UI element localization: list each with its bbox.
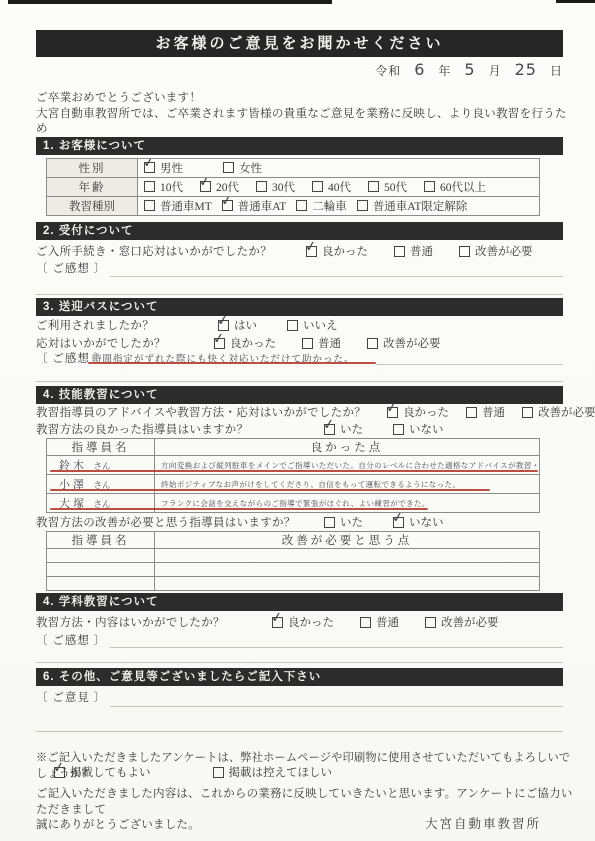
section-title-academic: 4. 学科教習について xyxy=(36,593,563,611)
date-month-handwritten: 5 xyxy=(464,60,475,79)
question-text: 応対はいかがでしたか？ xyxy=(36,335,188,351)
row-label-age: 年齢 xyxy=(47,178,138,197)
checkbox-label: 普通車AT xyxy=(238,198,287,214)
checkbox-label: いいえ xyxy=(303,317,338,333)
writing-line xyxy=(110,706,563,707)
checkbox-option-no: いいえ xyxy=(287,317,338,333)
checkbox-icon xyxy=(272,617,283,628)
checkbox-option-yes-there-was: いた xyxy=(324,514,363,530)
academic-question-row: 教習方法・内容はいかがでしたか？ 良かった 普通 改善が必要 xyxy=(36,614,576,630)
checkbox-option-no-there-was-not: いない xyxy=(393,514,444,530)
scanned-questionnaire-page: お客様のご意見をお聞かせください 令和 6 年 5 月 25 日 ご卒業おめでと… xyxy=(0,0,595,841)
section-title-customer: 1. お客様について xyxy=(36,137,563,155)
comment-label: 〔 ご感想 〕 xyxy=(36,632,106,648)
checkbox-icon xyxy=(256,181,267,192)
question-text: ご入所手続き・窓口応対はいかがでしたか？ xyxy=(36,243,272,259)
red-underline xyxy=(50,470,538,472)
skill-quality-question-row: 教習指導員のアドバイスや教習方法・応対はいかがでしたか？ 良かった 普通 改善が… xyxy=(36,404,576,420)
table-row-gender: 性別 男性 女性 xyxy=(47,159,540,178)
checkbox-label: はい xyxy=(234,317,257,333)
checkbox-label: 掲載は控えてほしい xyxy=(229,764,333,780)
good-instructor-table: 指導員名 良かった点 鈴木 さん 方向変換および縦列駐車をメインでご指導いただい… xyxy=(46,438,540,513)
skill-good-instructor-question-row: 教習方法の良かった指導員はいますか？ いた いない xyxy=(36,421,576,437)
checkbox-option-age50s: 50代 xyxy=(368,179,407,195)
checkbox-label: 改善が必要 xyxy=(441,614,499,630)
writing-line xyxy=(36,381,563,382)
column-header-improvement-points: 改善が必要と思う点 xyxy=(155,532,540,549)
checkbox-label: いた xyxy=(340,514,363,530)
checkbox-icon xyxy=(214,338,225,349)
checkbox-option-needs-improvement: 改善が必要 xyxy=(522,404,595,420)
table-header-row: 指導員名 改善が必要と思う点 xyxy=(47,532,540,549)
checkbox-label: 10代 xyxy=(160,179,183,195)
checkbox-icon xyxy=(54,767,65,778)
school-signature: 大宮自動車教習所 xyxy=(36,814,563,832)
checkbox-label: 改善が必要 xyxy=(383,335,441,351)
column-header-good-points: 良かった点 xyxy=(155,439,540,456)
reception-question-row: ご入所手続き・窓口応対はいかがでしたか？ 良かった 普通 改善が必要 xyxy=(36,243,576,259)
checkbox-option-no-there-was-not: いない xyxy=(393,421,444,437)
checkbox-option-good: 良かった xyxy=(387,404,449,420)
checkbox-label: いた xyxy=(340,421,363,437)
comment-label: 〔 ご感想 〕 xyxy=(36,260,106,276)
checkbox-label: 普通車MT xyxy=(160,198,212,214)
checkbox-label: 50代 xyxy=(384,179,407,195)
checkbox-label: 良かった xyxy=(230,335,276,351)
checkbox-icon xyxy=(368,181,379,192)
checkbox-label: 30代 xyxy=(272,179,295,195)
checkbox-icon xyxy=(387,407,398,418)
checkbox-icon xyxy=(324,517,335,528)
checkbox-icon xyxy=(312,181,323,192)
checkbox-option-age40s: 40代 xyxy=(312,179,351,195)
checkbox-label: 普通 xyxy=(318,335,341,351)
checkbox-label: 普通 xyxy=(410,243,433,259)
checkbox-option-needs-improvement: 改善が必要 xyxy=(459,243,533,259)
column-header-instructor-name: 指導員名 xyxy=(47,532,155,549)
date-year-handwritten: 6 xyxy=(414,60,425,79)
row-label-gender: 性別 xyxy=(47,159,138,178)
scan-edge-artifact xyxy=(8,0,332,4)
checkbox-label: 20代 xyxy=(216,179,239,195)
table-row-age: 年齢 10代 20代 30代 40代 50代 60代以上 xyxy=(47,178,540,197)
checkbox-label: 普通車AT限定解除 xyxy=(373,198,468,214)
improve-instructor-table: 指導員名 改善が必要と思う点 xyxy=(46,531,540,591)
column-header-instructor-name: 指導員名 xyxy=(47,439,155,456)
date-month-unit: 月 xyxy=(489,62,502,79)
checkbox-option-do-not-publish: 掲載は控えてほしい xyxy=(213,764,333,780)
writing-line xyxy=(376,364,563,365)
checkbox-label: 男性 xyxy=(160,160,183,176)
checkbox-label: 良かった xyxy=(403,404,449,420)
checkbox-icon xyxy=(213,767,224,778)
checkbox-icon xyxy=(424,181,435,192)
writing-line xyxy=(110,276,563,277)
checkbox-label: 改善が必要 xyxy=(538,404,595,420)
checkbox-option-yes-there-was: いた xyxy=(324,421,363,437)
checkbox-icon xyxy=(144,181,155,192)
question-text: 教習方法の改善が必要と思う指導員はいますか？ xyxy=(36,514,294,530)
checkbox-icon xyxy=(218,320,229,331)
checkbox-option-may-publish: 掲載してもよい xyxy=(54,764,151,780)
date-era-label: 令和 xyxy=(375,62,401,79)
section-title-reception: 2. 受付について xyxy=(36,222,563,240)
question-text: 教習方法の良かった指導員はいますか？ xyxy=(36,421,294,437)
table-header-row: 指導員名 良かった点 xyxy=(47,439,540,456)
checkbox-label: 良かった xyxy=(288,614,334,630)
checkbox-icon xyxy=(459,246,470,257)
checkbox-label: 普通 xyxy=(376,614,399,630)
checkbox-icon xyxy=(200,181,211,192)
page-title: お客様のご意見をお聞かせください xyxy=(36,30,563,57)
checkbox-option-good: 良かった xyxy=(272,614,334,630)
checkbox-label: 60代以上 xyxy=(440,179,486,195)
checkbox-option-female: 女性 xyxy=(223,160,262,176)
date-day-unit: 日 xyxy=(550,62,563,79)
checkbox-icon xyxy=(296,200,307,211)
red-underline xyxy=(50,489,490,491)
publication-consent-options: 掲載してもよい 掲載は控えてほしい xyxy=(54,764,594,780)
section-title-other: 6. その他、ご意見等ございましたらご記入下さい xyxy=(36,668,563,686)
checkbox-icon xyxy=(360,617,371,628)
checkbox-icon xyxy=(393,424,404,435)
checkbox-option-car-mt: 普通車MT xyxy=(144,198,212,214)
bus-usage-question-row: ご利用されましたか？ はい いいえ xyxy=(36,317,576,333)
comment-label: 〔 ご意見 〕 xyxy=(36,689,106,705)
checkbox-label: 普通 xyxy=(482,404,505,420)
checkbox-icon xyxy=(324,424,335,435)
checkbox-option-normal: 普通 xyxy=(302,335,341,351)
checkbox-label: 良かった xyxy=(322,243,368,259)
intro-line: ご卒業おめでとうございます！ xyxy=(36,90,576,106)
section-title-bus: 3. 送迎バスについて xyxy=(36,298,563,316)
customer-info-table: 性別 男性 女性 年齢 10代 20代 30代 40代 50代 60代以上 教習… xyxy=(46,158,540,216)
checkbox-icon xyxy=(306,246,317,257)
checkbox-label: いない xyxy=(409,514,444,530)
red-underline xyxy=(50,508,428,510)
scan-edge-artifact xyxy=(556,0,595,3)
checkbox-option-good: 良かった xyxy=(214,335,276,351)
checkbox-icon xyxy=(357,200,368,211)
writing-line xyxy=(36,662,563,663)
checkbox-icon xyxy=(367,338,378,349)
checkbox-icon xyxy=(144,162,155,173)
checkbox-icon xyxy=(144,200,155,211)
checkbox-icon xyxy=(522,407,533,418)
checkbox-icon xyxy=(425,617,436,628)
checkbox-label: 掲載してもよい xyxy=(70,764,151,780)
checkbox-option-normal: 普通 xyxy=(394,243,433,259)
checkbox-option-yes: はい xyxy=(218,317,257,333)
empty-row xyxy=(47,563,540,577)
checkbox-option-needs-improvement: 改善が必要 xyxy=(425,614,499,630)
checkbox-icon xyxy=(302,338,313,349)
checkbox-option-age20s: 20代 xyxy=(200,179,239,195)
checkbox-label: 40代 xyxy=(328,179,351,195)
table-row-course-type: 教習種別 普通車MT 普通車AT 二輪車 普通車AT限定解除 xyxy=(47,197,540,216)
checkbox-label: 二輪車 xyxy=(312,198,347,214)
question-text: 教習指導員のアドバイスや教習方法・応対はいかがでしたか？ xyxy=(36,404,366,420)
checkbox-icon xyxy=(222,200,233,211)
row-label-course-type: 教習種別 xyxy=(47,197,138,216)
checkbox-icon xyxy=(223,162,234,173)
writing-line xyxy=(36,294,563,295)
date-line: 令和 6 年 5 月 25 日 xyxy=(36,60,563,79)
intro-line: 大宮自動車教習所では、ご卒業されます皆様の貴重なご意見を業務に反映し、より良い教… xyxy=(36,106,576,137)
checkbox-option-car-at: 普通車AT xyxy=(222,198,287,214)
checkbox-option-normal: 普通 xyxy=(360,614,399,630)
date-year-unit: 年 xyxy=(438,62,451,79)
question-text: ご利用されましたか？ xyxy=(36,317,188,333)
checkbox-label: 女性 xyxy=(239,160,262,176)
checkbox-option-age60plus: 60代以上 xyxy=(424,179,486,195)
writing-line xyxy=(110,647,563,648)
checkbox-option-good: 良かった xyxy=(306,243,368,259)
checkbox-option-male: 男性 xyxy=(144,160,183,176)
checkbox-icon xyxy=(394,246,405,257)
empty-row xyxy=(47,577,540,591)
writing-line xyxy=(36,731,563,732)
skill-improve-instructor-question-row: 教習方法の改善が必要と思う指導員はいますか？ いた いない xyxy=(36,514,576,530)
checkbox-label: いない xyxy=(409,421,444,437)
checkbox-icon xyxy=(466,407,477,418)
checkbox-icon xyxy=(393,517,404,528)
section-title-skill: 4. 技能教習について xyxy=(36,386,563,404)
checkbox-option-motorcycle: 二輪車 xyxy=(296,198,347,214)
checkbox-option-at-limit-release: 普通車AT限定解除 xyxy=(357,198,468,214)
checkbox-icon xyxy=(287,320,298,331)
empty-row xyxy=(47,549,540,563)
date-day-handwritten: 25 xyxy=(515,60,537,79)
checkbox-option-needs-improvement: 改善が必要 xyxy=(367,335,441,351)
checkbox-option-normal: 普通 xyxy=(466,404,505,420)
bus-service-question-row: 応対はいかがでしたか？ 良かった 普通 改善が必要 xyxy=(36,335,576,351)
question-text: 教習方法・内容はいかがでしたか？ xyxy=(36,614,246,630)
checkbox-option-age10s: 10代 xyxy=(144,179,183,195)
checkbox-option-age30s: 30代 xyxy=(256,179,295,195)
checkbox-label: 改善が必要 xyxy=(475,243,533,259)
red-underline xyxy=(88,362,376,364)
